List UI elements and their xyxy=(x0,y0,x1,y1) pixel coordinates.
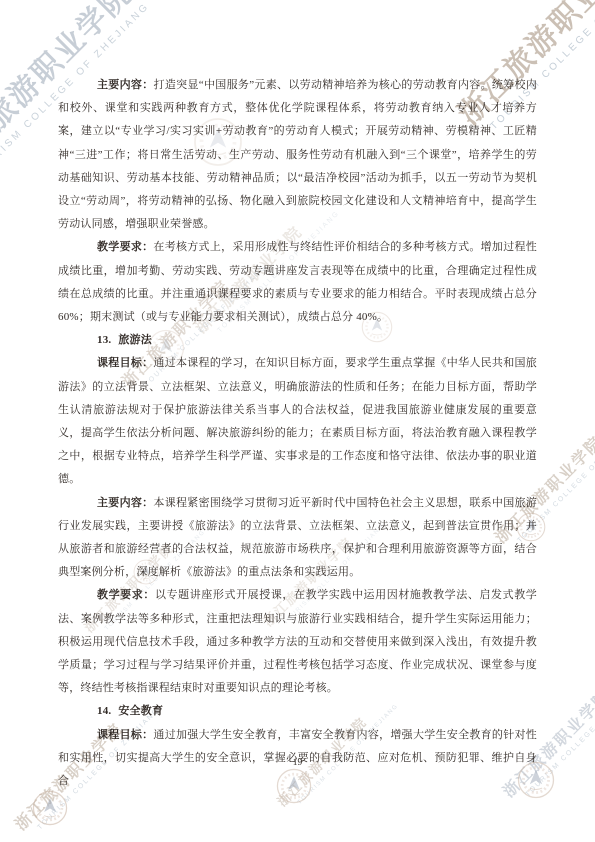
page-number: 19 xyxy=(0,758,595,768)
paragraph-labor-main-content: 主要内容：打造突显“中国服务”元素、以劳动精神培养为核心的劳动教育内容。统筹校内… xyxy=(58,74,537,236)
paragraph-label: 主要内容： xyxy=(97,79,154,91)
paragraph-labor-teaching-requirements: 教学要求：在考核方式上，采用形成性与终结性评价相结合的多种考核方式。增加过程性成… xyxy=(58,236,537,329)
paragraph-tourism-law-course-goals: 课程目标：通过本课程的学习，在知识目标方面，要求学生重点掌握《中华人民共和国旅游… xyxy=(58,352,537,491)
heading-title: 旅游法 xyxy=(118,334,152,346)
paragraph-label: 主要内容： xyxy=(97,497,153,509)
paragraph-text: 以专题讲座形式开展授课，在教学实践中运用因材施教教学法、启发式教学法、案例教学法… xyxy=(58,589,537,694)
heading-number: 13. xyxy=(97,334,111,346)
college-seal-watermark-icon xyxy=(32,790,68,826)
paragraph-tourism-law-teaching-requirements: 教学要求：以专题讲座形式开展授课，在教学实践中运用因材施教教学法、启发式教学法、… xyxy=(58,584,537,700)
heading-number: 14. xyxy=(97,705,111,717)
document-body: 主要内容：打造突显“中国服务”元素、以劳动精神培养为核心的劳动教育内容。统筹校内… xyxy=(58,74,537,793)
heading-title: 安全教育 xyxy=(118,705,163,717)
paragraph-label: 课程目标： xyxy=(97,357,153,369)
paragraph-text: 在考核方式上，采用形成性与终结性评价相结合的多种考核方式。增加过程性成绩比重，增… xyxy=(58,241,537,323)
section-heading-14-safety-education: 14.安全教育 xyxy=(58,700,537,723)
paragraph-text: 通过本课程的学习，在知识目标方面，要求学生重点掌握《中华人民共和国旅游法》的立法… xyxy=(58,357,537,485)
paragraph-text: 打造突显“中国服务”元素、以劳动精神培养为核心的劳动教育内容。统筹校内和校外、课… xyxy=(58,79,537,230)
paragraph-tourism-law-main-content: 主要内容：本课程紧密围绕学习贯彻习近平新时代中国特色社会主义思想，联系中国旅游行… xyxy=(58,492,537,585)
paragraph-label: 教学要求： xyxy=(97,589,155,601)
document-page: 浙江旅游职业学院 TOURISM COLLEGE OF ZHEJIANG 浙江旅… xyxy=(0,0,595,842)
paragraph-label: 课程目标： xyxy=(97,729,153,741)
paragraph-label: 教学要求： xyxy=(97,241,153,253)
section-heading-13-tourism-law: 13.旅游法 xyxy=(58,329,537,352)
